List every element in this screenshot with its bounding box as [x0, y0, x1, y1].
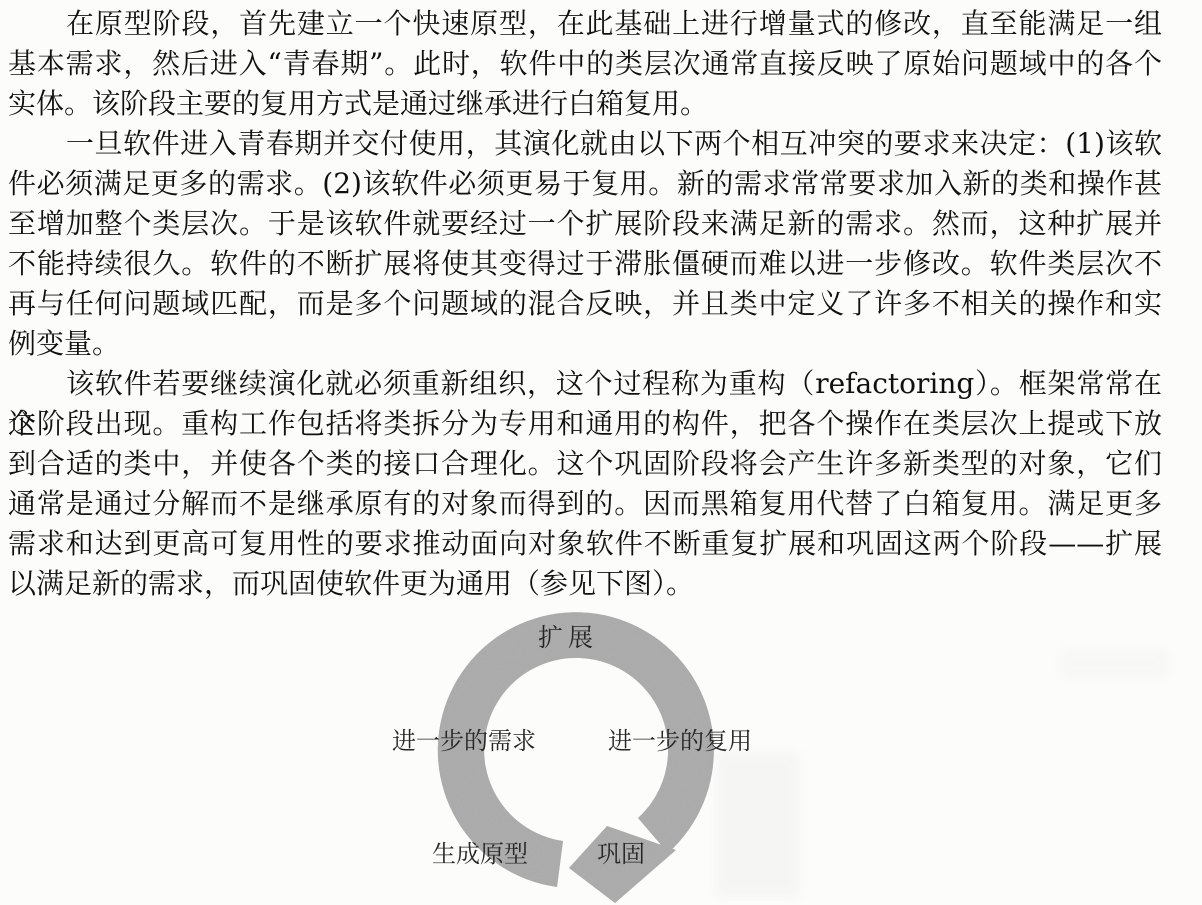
text-line: 通常是通过分解而不是继承原有的对象而得到的。因而黑箱复用代替了白箱复用。满足更多 [8, 484, 1162, 524]
text-line: 再与任何问题域匹配，而是多个问题域的混合反映，并且类中定义了许多不相关的操作和实 [8, 284, 1162, 324]
text-line: 该软件若要继续演化就必须重新组织，这个过程称为重构（refactoring）。框… [8, 364, 1162, 404]
diagram-label-consolidate: 巩固 [597, 840, 645, 868]
text-line: 需求和达到更高可复用性的要求推动面向对象软件不断重复扩展和巩固这两个阶段——扩展 [8, 524, 1162, 564]
text-line: 个阶段出现。重构工作包括将类拆分为专用和通用的构件，把各个操作在类层次上提或下放 [8, 404, 1162, 444]
text-line: 例变量。 [8, 324, 1162, 364]
diagram-label-expand: 扩展 [538, 623, 598, 652]
text-line: 基本需求，然后进入“青春期”。此时，软件中的类层次通常直接反映了原始问题域中的各… [8, 44, 1162, 84]
text-line: 一旦软件进入青春期并交付使用，其演化就由以下两个相互冲突的要求来决定：(1)该软 [8, 124, 1162, 164]
text-line: 实体。该阶段主要的复用方式是通过继承进行白箱复用。 [8, 84, 1162, 124]
text-line: 件必须满足更多的需求。(2)该软件必须更易于复用。新的需求常常要求加入新的类和操… [8, 164, 1162, 204]
body-text: 在原型阶段，首先建立一个快速原型，在此基础上进行增量式的修改，直至能满足一组基本… [8, 4, 1162, 604]
text-line: 至增加整个类层次。于是该软件就要经过一个扩展阶段来满足新的需求。然而，这种扩展并 [8, 204, 1162, 244]
diagram-label-generate-prototype: 生成原型 [432, 840, 528, 868]
text-line: 以满足新的需求，而巩固使软件更为通用（参见下图）。 [8, 564, 1162, 604]
text-line: 在原型阶段，首先建立一个快速原型，在此基础上进行增量式的修改，直至能满足一组 [8, 4, 1162, 44]
scanned-page: 在原型阶段，首先建立一个快速原型，在此基础上进行增量式的修改，直至能满足一组基本… [0, 0, 1202, 905]
cycle-diagram: 扩展 进一步的需求 进一步的复用 生成原型 巩固 [0, 600, 1202, 905]
diagram-label-further-requirements: 进一步的需求 [392, 727, 536, 755]
diagram-label-further-reuse: 进一步的复用 [608, 727, 752, 755]
text-line: 不能持续很久。软件的不断扩展将使其变得过于滞胀僵硬而难以进一步修改。软件类层次不 [8, 244, 1162, 284]
text-line: 到合适的类中，并使各个类的接口合理化。这个巩固阶段将会产生许多新类型的对象，它们 [8, 444, 1162, 484]
